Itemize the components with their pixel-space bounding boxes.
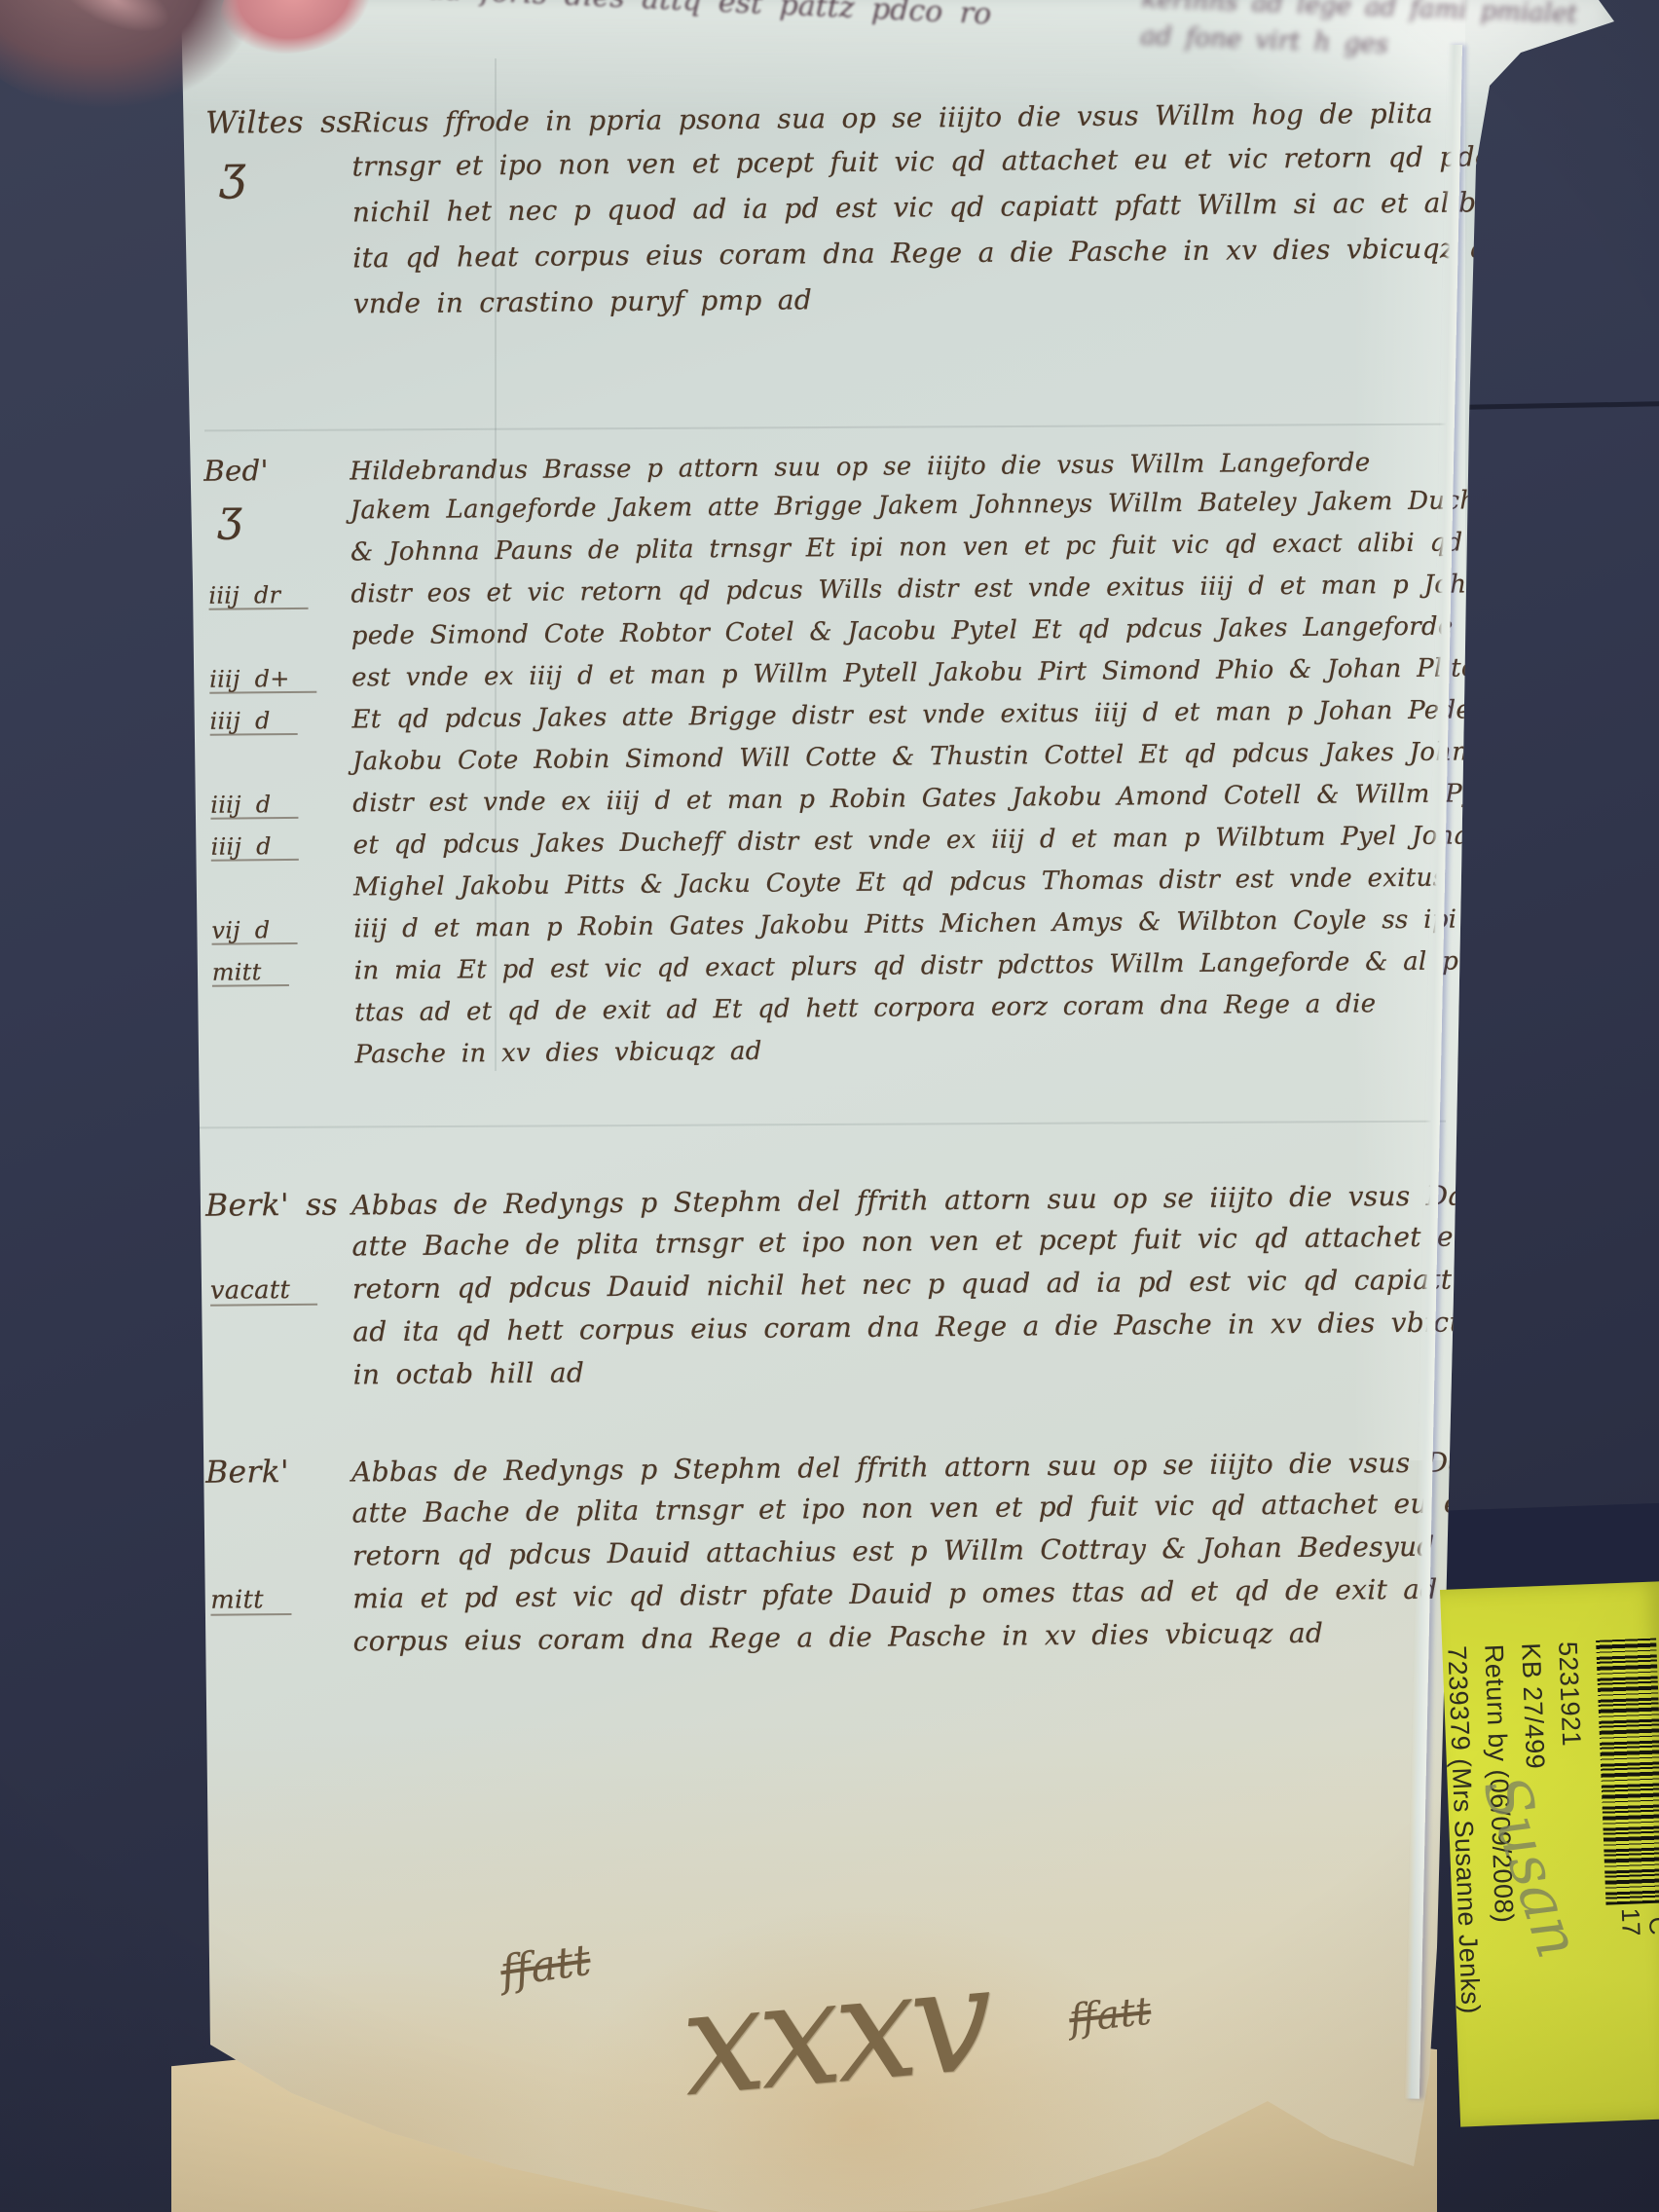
line-text: Hildebrandus Brasse p attorn suu op se i… [350,448,1370,486]
manuscript-line: Pasche in xv dies vbicuqz ad [208,1032,1493,1086]
margin-annotation: iiij dr [208,584,308,610]
plea-entry: Bed'Hildebrandus Brasse p attorn suu op … [203,446,1494,1085]
county-heading: Wiltes ss [205,107,351,139]
reader-name: 7239379 (Mrs Susanne Jenks) [1441,1645,1486,2014]
column-number: 17 [1615,1907,1646,1936]
plea-entry: Berk' ssAbbas de Redyngs p Stephm del ff… [205,1180,1493,1406]
foot-mark-left: ffatt [498,1939,593,1994]
line-text: in octab hill ad [353,1356,585,1390]
margin-annotation: ʒ [218,495,271,538]
sticker-id-number: 5231921 [1552,1641,1586,1747]
photo-of-plea-roll: ffuit viu ad foris dies attq est pattz p… [0,0,1659,2212]
margin-annotation: vij d [211,919,297,945]
document-reference: KB 27/499 [1515,1642,1550,1770]
call-slip-sticker: C 17 5231921 KB 27/499 Return by (06/09/… [1440,1581,1659,2126]
county-heading: Berk' [205,1456,351,1489]
barcode [1596,1639,1659,1905]
county-heading: Bed' [203,456,350,485]
margin-annotation: iiij d [211,835,299,862]
cloth-seam [1460,401,1659,410]
county-heading: Berk' ss [205,1190,351,1222]
margin-annotation: mitt [210,1588,291,1615]
plea-entry: Wiltes ssRicus ffrode in ppria psona sua… [205,97,1493,338]
margin-annotation: mitt [212,961,289,987]
call-slip-face: C 17 5231921 KB 27/499 Return by (06/09/… [1440,1581,1659,2126]
manuscript-line: in octab hill ad [207,1351,1493,1406]
manuscript-line: corpus eius coram dna Rege a die Pasche … [207,1618,1493,1673]
line-text: Abbas de Redyngs p Stephm del ffrith att… [351,1446,1509,1488]
plea-entry: Berk'Abbas de Redyngs p Stephm del ffrit… [205,1447,1493,1673]
margin-annotation: iiij d+ [209,668,317,694]
margin-annotation: vacatt [210,1278,317,1307]
foot-mark-right: ffatt [1067,1992,1153,2040]
line-text: vnde in crastino puryf pmp ad [353,283,813,319]
line-text: Pasche in xv dies vbicuqz ad [354,1037,761,1070]
manuscript-line: vnde in crastino puryf pmp ad [207,280,1493,338]
margin-annotation: iiij d [209,710,297,736]
parchment-crease [200,1121,1446,1129]
parchment-crease [204,424,1451,432]
line-text: Abbas de Redyngs p Stephm del ffrith att… [351,1179,1509,1221]
margin-annotation: iiij d [210,793,298,820]
margin-annotation: ʒ [219,150,274,197]
membrane-numeral: xxxv [676,1946,993,2119]
